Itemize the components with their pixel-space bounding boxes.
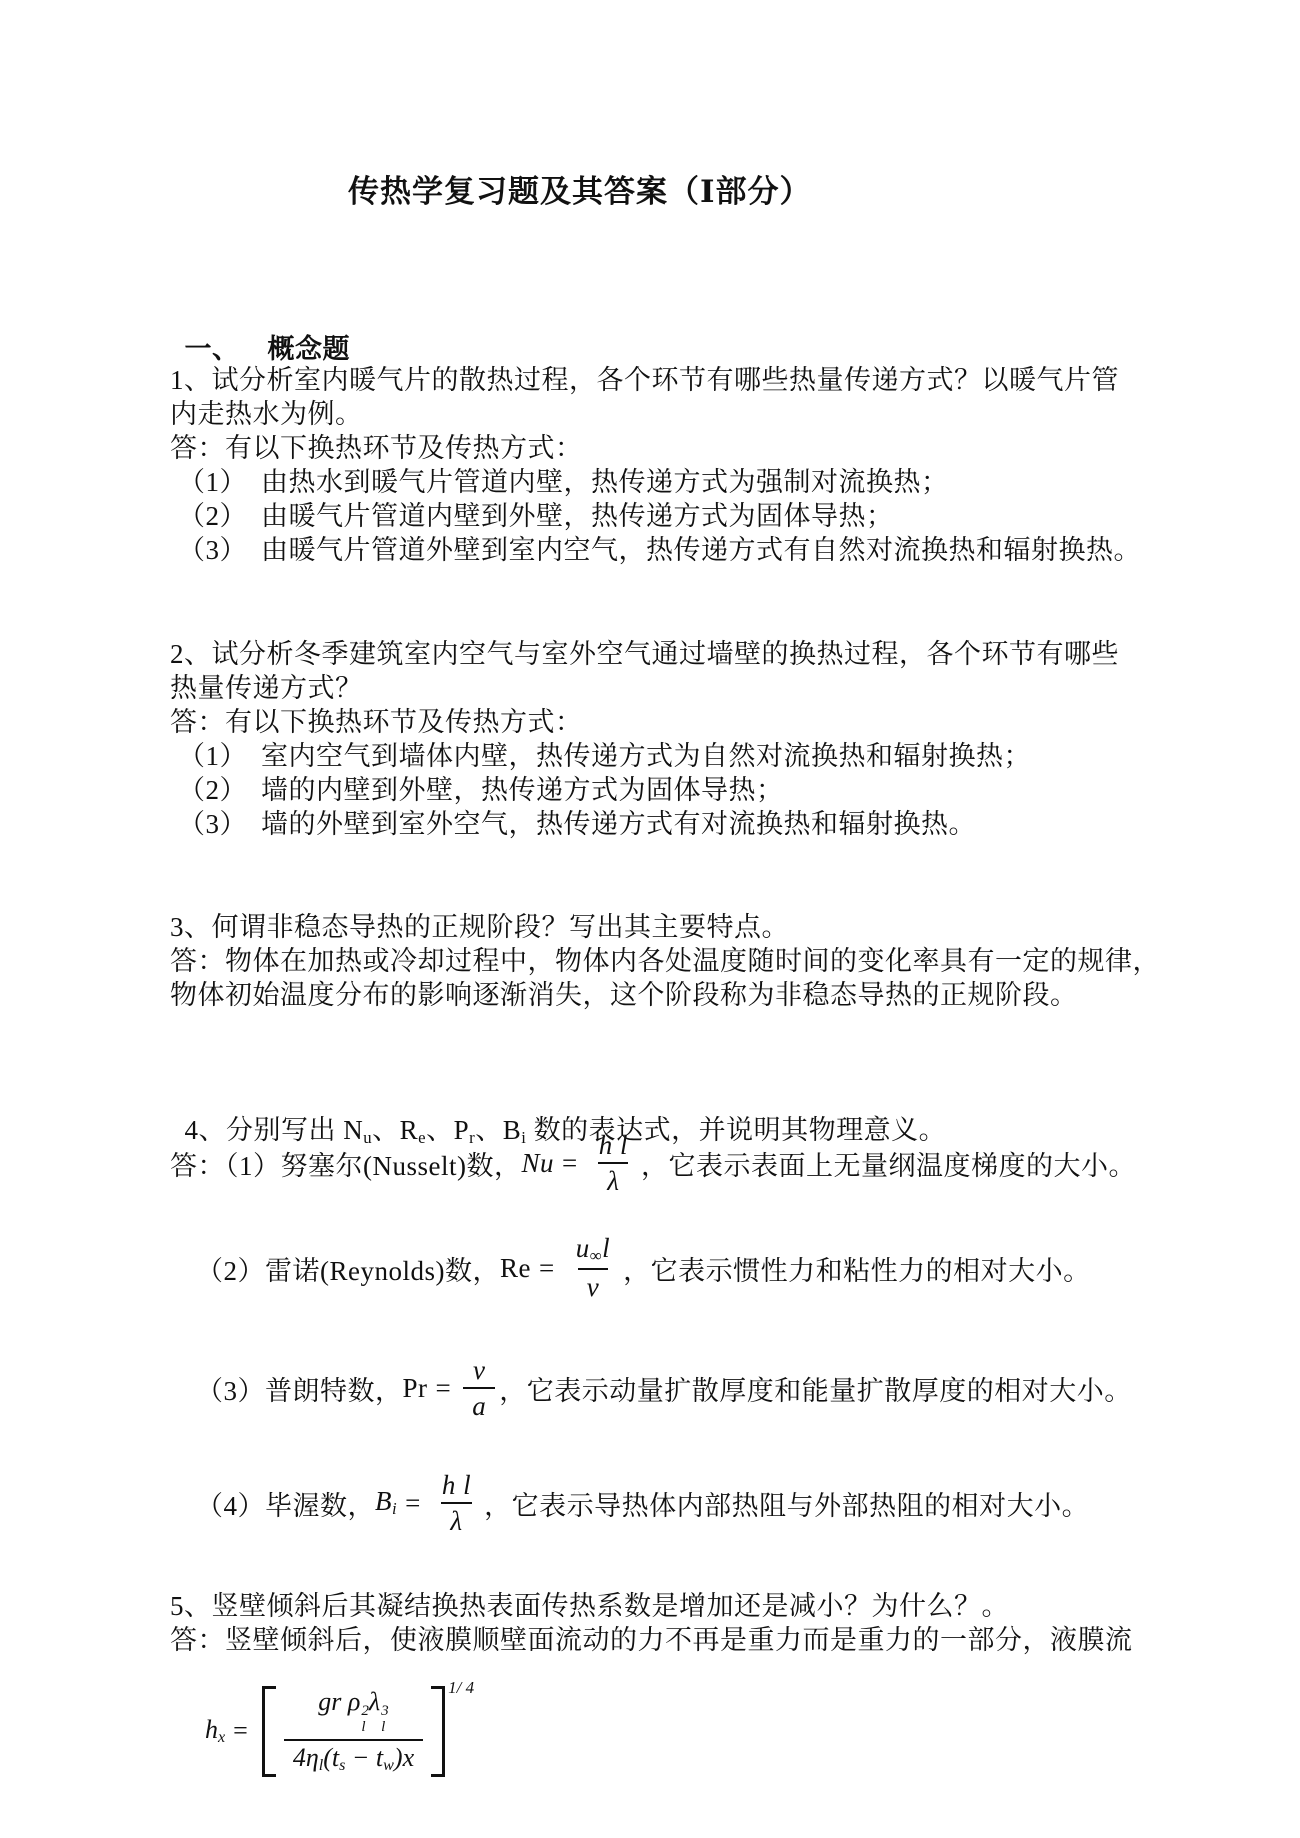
- prandtl-formula-row: （3）普朗特数，Pr=νa，它表示动量扩散厚度和能量扩散厚度的相对大小。: [196, 1351, 1132, 1425]
- answer-2-item-1: （1） 室内空气到墙体内壁，热传递方式为自然对流换热和辐射换热；: [178, 739, 1031, 773]
- left-bracket: [262, 1686, 276, 1777]
- answer-3-line-1: 答：物体在加热或冷却过程中，物体内各处温度随时间的变化率具有一定的规律，: [170, 944, 1160, 978]
- fraction-denominator: a: [463, 1387, 495, 1420]
- formula-exponent: 1/ 4: [448, 1678, 474, 1698]
- answer-3-line-2: 物体初始温度分布的影响逐渐消失，这个阶段称为非稳态导热的正规阶段。: [170, 978, 1078, 1012]
- formula-fraction: gr ρ2lλ3l 4ηl(ts − tw)x: [284, 1688, 423, 1775]
- document-title: 传热学复习题及其答案（Ⅰ部分）: [348, 166, 812, 211]
- equals-sign: =: [397, 1488, 429, 1519]
- reynolds-symbol: Re: [500, 1253, 531, 1284]
- reynolds-formula-row: （2）雷诺(Reynolds)数，Re=u∞lν，它表示惯性力和粘性力的相对大小…: [196, 1231, 1091, 1305]
- fraction-numerator: u∞l: [567, 1234, 619, 1268]
- answer-1-intro: 答：有以下换热环节及传热方式：: [170, 431, 583, 465]
- biot-symbol: Bi: [375, 1486, 397, 1519]
- section-name: 概念题: [268, 334, 351, 364]
- question-1-line-2: 内走热水为例。: [170, 397, 363, 431]
- biot-prefix: （4）毕渥数，: [196, 1484, 375, 1523]
- fraction-numerator: h l: [433, 1471, 480, 1502]
- answer-2-item-2: （2） 墙的内壁到外壁，热传递方式为固体导热；: [178, 773, 784, 807]
- equals-sign: =: [428, 1373, 460, 1404]
- section-heading: 一、概念题: [170, 298, 350, 366]
- question-5-line-1: 5、竖壁倾斜后其凝结换热表面传热系数是增加还是减小？为什么？。: [170, 1589, 1009, 1623]
- reynolds-description: 它表示惯性力和粘性力的相对大小。: [651, 1249, 1091, 1288]
- equals-sign: =: [554, 1148, 586, 1179]
- question-1-line-1: 1、试分析室内暖气片的散热过程，各个环节有哪些热量传递方式？以暖气片管: [170, 363, 1119, 397]
- reynolds-prefix: （2）雷诺(Reynolds)数，: [196, 1249, 500, 1288]
- fraction-denominator: ν: [578, 1268, 608, 1301]
- right-bracket: [431, 1686, 445, 1777]
- prandtl-symbol: Pr: [403, 1373, 428, 1404]
- nusselt-description: 它表示表面上无量纲温度梯度的大小。: [669, 1144, 1137, 1183]
- equals-sign: =: [225, 1716, 256, 1746]
- comma: ，: [641, 1144, 669, 1183]
- prandtl-fraction: νa: [463, 1356, 495, 1421]
- biot-fraction: h lλ: [433, 1471, 480, 1536]
- formula-lhs: hx: [205, 1715, 225, 1747]
- reynolds-fraction: u∞lν: [567, 1234, 619, 1301]
- comma: ，: [499, 1369, 527, 1408]
- fraction-denominator: λ: [598, 1162, 628, 1195]
- answer-1-item-2: （2） 由暖气片管道内壁到外壁，热传递方式为固体导热；: [178, 499, 894, 533]
- answer-1-item-1: （1） 由热水到暖气片管道内壁，热传递方式为强制对流换热；: [178, 465, 949, 499]
- biot-description: 它表示导热体内部热阻与外部热阻的相对大小。: [512, 1484, 1090, 1523]
- nusselt-symbol: Nu: [521, 1148, 554, 1179]
- prandtl-description: 它表示动量扩散厚度和能量扩散厚度的相对大小。: [527, 1369, 1132, 1408]
- comma: ，: [623, 1249, 651, 1288]
- fraction-denominator: λ: [441, 1502, 471, 1535]
- equals-sign: =: [531, 1253, 563, 1284]
- question-2-line-1: 2、试分析冬季建筑室内空气与室外空气通过墙壁的换热过程，各个环节有哪些: [170, 637, 1119, 671]
- answer-2-intro: 答：有以下换热环节及传热方式：: [170, 705, 583, 739]
- answer-5-line-1: 答：竖壁倾斜后，使液膜顺壁面流动的力不再是重力而是重力的一部分，液膜流: [170, 1623, 1133, 1657]
- nusselt-prefix: 答：（1）努塞尔(Nusselt)数，: [170, 1144, 521, 1183]
- answer-2-item-3: （3） 墙的外壁到室外空气，热传递方式有对流换热和辐射换热。: [178, 807, 976, 841]
- question-2-line-2: 热量传递方式？: [170, 671, 363, 705]
- question-3-line-1: 3、何谓非稳态导热的正规阶段？写出其主要特点。: [170, 910, 789, 944]
- answer-1-item-3: （3） 由暖气片管道外壁到室内空气，热传递方式有自然对流换热和辐射换热。: [178, 533, 1141, 567]
- fraction-numerator: ν: [464, 1356, 494, 1387]
- comma: ，: [484, 1484, 512, 1523]
- nusselt-formula-row: 答：（1）努塞尔(Nusselt)数，Nu=h lλ，它表示表面上无量纲温度梯度…: [170, 1126, 1136, 1200]
- fraction-numerator: gr ρ2lλ3l: [309, 1688, 397, 1739]
- nusselt-fraction: h lλ: [590, 1131, 637, 1196]
- biot-formula-row: （4）毕渥数，Bi=h lλ，它表示导热体内部热阻与外部热阻的相对大小。: [196, 1466, 1089, 1540]
- bracket-group: gr ρ2lλ3l 4ηl(ts − tw)x: [262, 1686, 445, 1777]
- fraction-denominator: 4ηl(ts − tw)x: [284, 1739, 423, 1775]
- fraction-numerator: h l: [590, 1131, 637, 1162]
- section-number: 一、: [185, 334, 240, 364]
- film-coefficient-formula: hx = gr ρ2lλ3l 4ηl(ts − tw)x 1/ 4: [205, 1686, 474, 1777]
- document-page: { "title": "传热学复习题及其答案（Ⅰ部分）", "section":…: [0, 0, 1300, 1838]
- prandtl-prefix: （3）普朗特数，: [196, 1369, 403, 1408]
